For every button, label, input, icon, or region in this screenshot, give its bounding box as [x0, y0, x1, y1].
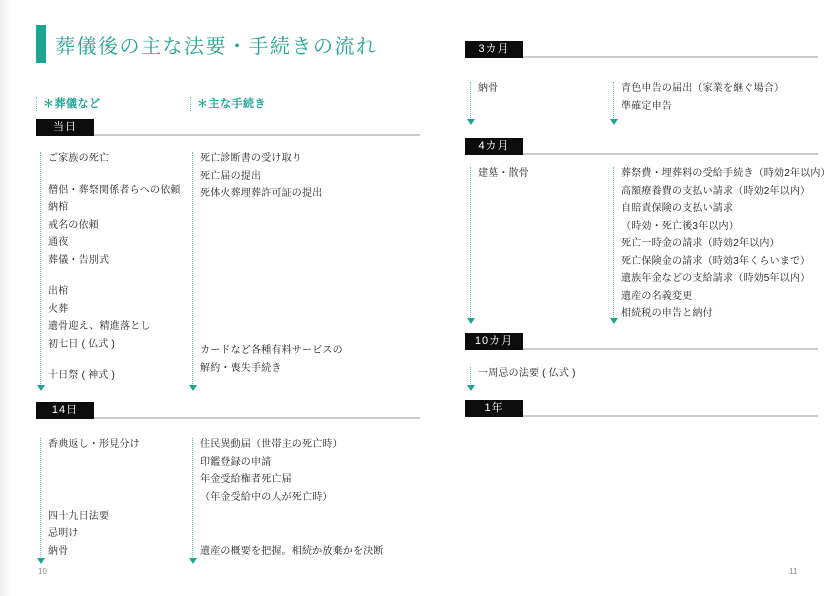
- list-item: 死亡診断書の受け取り: [200, 150, 425, 168]
- list-item: （年金受給中の人が死亡時）: [200, 489, 425, 507]
- column-header-funeral: ＊葬儀など: [36, 97, 101, 111]
- list-item: 自賠責保険の支払い請求: [621, 200, 836, 218]
- list-item: 納骨: [48, 543, 198, 561]
- timeline-arrow: [613, 82, 614, 118]
- timeline-arrow: [470, 82, 471, 118]
- title-accent-bar: [36, 25, 46, 63]
- list-item: カードなど各種有料サービスの: [200, 342, 425, 360]
- list-item: 納棺: [48, 199, 198, 217]
- column-header-procedures: ＊主な手続き: [190, 97, 266, 111]
- list-item: 青色申告の届出（家業を継ぐ場合）: [621, 80, 831, 98]
- list-item: 葬儀・告別式: [48, 252, 198, 270]
- section-label-month-10: 10カ月: [465, 333, 523, 350]
- timeline-arrow: [470, 367, 471, 384]
- timeline-arrow: [470, 167, 471, 317]
- list-item: 準確定申告: [621, 98, 831, 116]
- timeline-arrow: [192, 438, 193, 557]
- list-item: 解約・喪失手続き: [200, 360, 425, 378]
- day-of-procedures-column: 死亡診断書の受け取り 死亡届の提出 死体火葬埋葬許可証の提出 カードなど各種有料…: [192, 150, 425, 384]
- month-4-procedures-column: 葬祭費・埋葬料の受給手続き（時効2年以内） 高額療養費の支払い請求（時効2年以内…: [613, 165, 836, 317]
- list-item: 相続税の申告と納付: [621, 305, 836, 323]
- list-item: 忌明け: [48, 525, 198, 543]
- list-item: 葬祭費・埋葬料の受給手続き（時効2年以内）: [621, 165, 836, 183]
- day-of-funeral-column: ご家族の死亡 僧侶・葬祭関係者らへの依頼 納棺 戒名の依頼 通夜 葬儀・告別式 …: [40, 150, 198, 384]
- month-10-funeral-column: 一周忌の法要 ( 仏式 ): [470, 365, 678, 384]
- list-item: 香典返し・形見分け: [48, 436, 198, 454]
- list-item: 十日祭 ( 神式 ): [48, 367, 198, 385]
- section-label-month-4: 4カ月: [465, 138, 523, 155]
- month-4-funeral-column: 建墓・散骨: [470, 165, 598, 317]
- list-item: 死亡届の提出: [200, 168, 425, 186]
- section-header-day-14: 14日: [36, 402, 420, 419]
- list-item: 火葬: [48, 301, 198, 319]
- list-item: 年金受給権者死亡届: [200, 471, 425, 489]
- timeline-arrow: [613, 167, 614, 317]
- page-edge: [0, 0, 11, 596]
- list-item: 初七日 ( 仏式 ): [48, 336, 198, 354]
- list-item: 印鑑登録の申請: [200, 454, 425, 472]
- list-item: ご家族の死亡: [48, 150, 198, 168]
- list-item: 通夜: [48, 234, 198, 252]
- list-item: 遺族年金などの支給請求（時効5年以内）: [621, 270, 836, 288]
- timeline-arrow: [40, 438, 41, 557]
- page-number-left: 10: [38, 567, 47, 576]
- day-14-procedures-column: 住民異動届（世帯主の死亡時） 印鑑登録の申請 年金受給権者死亡届 （年金受給中の…: [192, 436, 425, 557]
- list-item: 遺産の概要を把握。相続か放棄かを決断: [200, 543, 425, 561]
- section-label-year-1: 1年: [465, 400, 523, 417]
- month-3-procedures-column: 青色申告の届出（家業を継ぐ場合） 準確定申告: [613, 80, 831, 118]
- list-item: 一周忌の法要 ( 仏式 ): [478, 365, 678, 383]
- section-label-day-14: 14日: [36, 402, 94, 419]
- list-item: 僧侶・葬祭関係者らへの依頼: [48, 182, 198, 200]
- list-item: 建墓・散骨: [478, 165, 598, 183]
- list-item: 高額療養費の支払い請求（時効2年以内）: [621, 183, 836, 201]
- list-item: 戒名の依頼: [48, 217, 198, 235]
- day-14-funeral-column: 香典返し・形見分け 四十九日法要 忌明け 納骨: [40, 436, 198, 557]
- list-item: 住民異動届（世帯主の死亡時）: [200, 436, 425, 454]
- list-item: 死亡保険金の請求（時効3年くらいまで）: [621, 253, 836, 271]
- list-item: 死亡一時金の請求（時効2年以内）: [621, 235, 836, 253]
- list-item: 死体火葬埋葬許可証の提出: [200, 185, 425, 203]
- section-label-day-of: 当日: [36, 119, 94, 136]
- timeline-arrow: [192, 152, 193, 384]
- list-item: 納骨: [478, 80, 598, 98]
- section-header-month-4: 4カ月: [465, 138, 818, 155]
- section-header-month-10: 10カ月: [465, 333, 818, 350]
- section-header-day-of: 当日: [36, 119, 420, 136]
- list-item: 遺産の名義変更: [621, 288, 836, 306]
- list-item: 遺骨迎え、精進落とし: [48, 318, 198, 336]
- section-header-month-3: 3カ月: [465, 41, 818, 58]
- list-item: 四十九日法要: [48, 508, 198, 526]
- month-3-funeral-column: 納骨: [470, 80, 598, 118]
- list-item: （時効・死亡後3年以内）: [621, 218, 836, 236]
- list-item: 出棺: [48, 283, 198, 301]
- timeline-arrow: [40, 152, 41, 384]
- section-label-month-3: 3カ月: [465, 41, 523, 58]
- page-number-right: 11: [789, 567, 797, 576]
- section-header-year-1: 1年: [465, 400, 818, 417]
- book-spread: 葬儀後の主な法要・手続きの流れ ＊葬儀など ＊主な手続き 当日 ご家族の死亡 僧…: [0, 0, 840, 596]
- page-title: 葬儀後の主な法要・手続きの流れ: [55, 30, 378, 59]
